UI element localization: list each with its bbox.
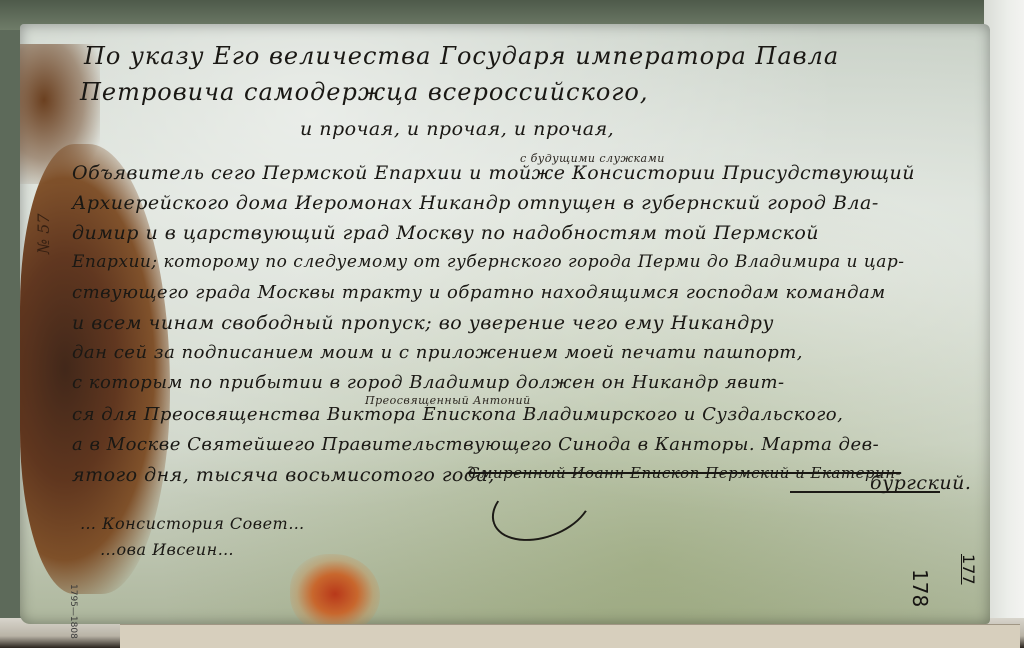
body-line-3: димир и в царствующий град Москву по над…	[72, 222, 819, 244]
wax-seal-stain	[290, 554, 380, 634]
archive-stamp: 1795—1808	[68, 584, 78, 639]
body-line-4: Епархии; которому по следуемому от губер…	[72, 252, 904, 272]
body-line-1: Объявитель сего Пермской Епархии и тойже…	[72, 162, 915, 184]
background-right	[984, 0, 1024, 648]
heading-line-1: По указу Его величества Государя императ…	[84, 42, 839, 70]
signature-name: бургский.	[870, 472, 971, 494]
lower-note-line-2: …ова Ивсеин…	[100, 540, 234, 559]
heading-line-2: Петровича самодержца всероссийского,	[80, 78, 649, 106]
old-folio-number: 177	[959, 554, 978, 585]
body-line-2: Архиерейского дома Иеромонах Никандр отп…	[72, 192, 879, 214]
body-line-10: а в Москве Святейшего Правительствующего…	[72, 434, 879, 455]
torn-bottom-edge	[120, 624, 1020, 648]
heading-line-3: и прочая, и прочая, и прочая,	[300, 118, 614, 140]
body-line-7: дан сей за подписанием моим и с приложен…	[72, 342, 803, 363]
body-line-8: с которым по прибытии в город Владимир д…	[72, 372, 785, 393]
body-line-9: ся для Преосвященства Виктора Епископа В…	[72, 404, 843, 425]
body-line-5: ствующего града Москвы тракту и обратно …	[72, 282, 886, 303]
body-line-11: ятого дня, тысяча восьмисотого года,	[72, 464, 495, 486]
lower-note-line-1: … Консистория Совет…	[80, 514, 305, 533]
body-line-6: и всем чинам свободный пропуск; во увере…	[72, 312, 774, 334]
margin-note: № 57	[34, 213, 53, 254]
folio-number: 178	[908, 569, 932, 607]
manuscript-page: № 57 По указу Его величества Государя им…	[20, 24, 990, 624]
